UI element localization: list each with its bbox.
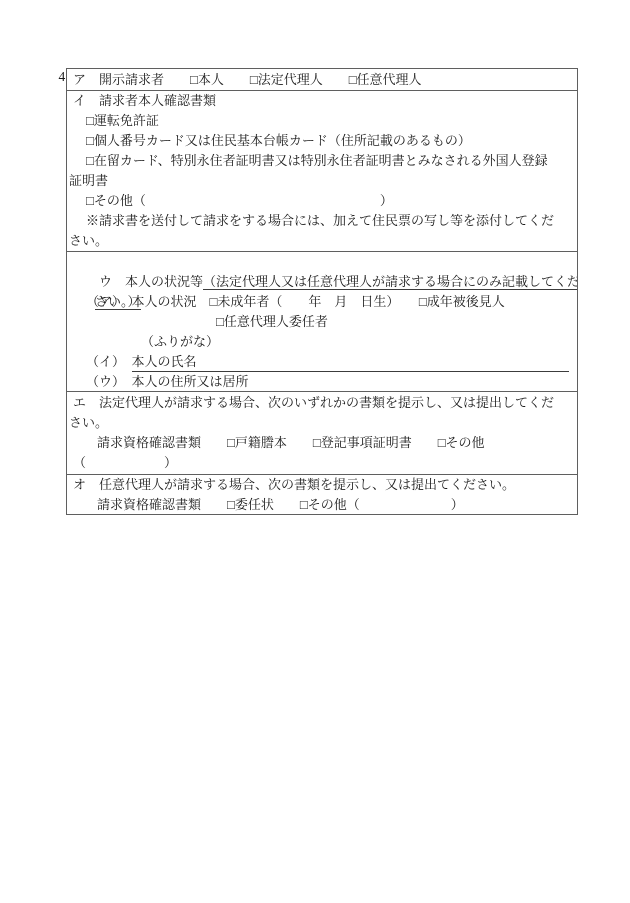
note-mail-request: ※請求書を送付して請求をする場合には、加えて住民票の写し等を添付してくだ: [67, 211, 577, 231]
voluntary-agent-doc-options: 請求資格確認書類 □委任状 □その他（ ）: [67, 495, 577, 514]
principal-name-label: （イ）: [86, 352, 132, 372]
section-heading: 4本人確認等: [45, 50, 153, 68]
option-other-document: □その他（ ）: [67, 191, 577, 211]
document-page: 4本人確認等 ア 開示請求者 □本人 □法定代理人 □任意代理人 イ 請求者本人…: [0, 0, 630, 903]
note-mail-request-cont: さい。: [67, 231, 577, 251]
principal-status-heading: ウ 本人の状況等（法定代理人又は任意代理人が請求する場合にのみ記載してくだ: [67, 252, 577, 272]
principal-address-line: （ウ） 本人の住所又は居所: [67, 372, 577, 391]
legal-agent-other-blank: （ ）: [67, 453, 577, 473]
option-drivers-license: □運転免許証: [67, 111, 577, 131]
principal-address-field: 本人の住所又は居所: [132, 372, 569, 391]
section-number: 4: [59, 69, 66, 84]
option-residence-card: □在留カード、特別永住者証明書又は特別永住者証明書とみなされる外国人登録: [67, 151, 577, 171]
principal-status-note: （法定代理人又は任意代理人が請求する場合にのみ記載してくだ: [203, 274, 577, 290]
legal-agent-heading: エ 法定代理人が請求する場合、次のいずれかの書類を提示し、又は提出してくだ: [67, 393, 577, 413]
row-voluntary-agent: オ 任意代理人が請求する場合、次の書類を提示し、又は提出てください。 請求資格確…: [67, 474, 577, 514]
option-residence-card-cont: 証明書: [67, 171, 577, 191]
principal-name-line: （イ） 本人の氏名: [67, 352, 577, 372]
option-mynumber-card: □個人番号カード又は住民基本台帳カード（住所記載のあるもの）: [67, 131, 577, 151]
identity-docs-heading: イ 請求者本人確認書類: [67, 91, 577, 111]
row-requester-type: ア 開示請求者 □本人 □法定代理人 □任意代理人: [67, 69, 577, 90]
principal-status-label: ウ 本人の状況等: [99, 274, 203, 289]
principal-name-field: 本人の氏名: [132, 352, 569, 372]
furigana-label: （ふりがな）: [67, 332, 577, 352]
option-voluntary-agent-delegator: □任意代理人委任者: [67, 312, 577, 332]
voluntary-agent-heading: オ 任意代理人が請求する場合、次の書類を提示し、又は提出てください。: [67, 475, 577, 495]
identity-verification-table: ア 開示請求者 □本人 □法定代理人 □任意代理人 イ 請求者本人確認書類 □運…: [66, 68, 578, 515]
requester-type-line: ア 開示請求者 □本人 □法定代理人 □任意代理人: [67, 69, 577, 90]
row-principal-status: ウ 本人の状況等（法定代理人又は任意代理人が請求する場合にのみ記載してくだ さい…: [67, 251, 577, 391]
row-identity-documents: イ 請求者本人確認書類 □運転免許証 □個人番号カード又は住民基本台帳カード（住…: [67, 90, 577, 251]
row-legal-agent: エ 法定代理人が請求する場合、次のいずれかの書類を提示し、又は提出してくだ さい…: [67, 391, 577, 474]
legal-agent-heading-cont: さい。: [67, 413, 577, 433]
principal-address-label: （ウ）: [86, 372, 132, 391]
principal-status-options: （ア） 本人の状況 □未成年者（ 年 月 日生） □成年被後見人: [67, 292, 577, 312]
legal-agent-doc-options: 請求資格確認書類 □戸籍謄本 □登記事項証明書 □その他: [67, 433, 577, 453]
